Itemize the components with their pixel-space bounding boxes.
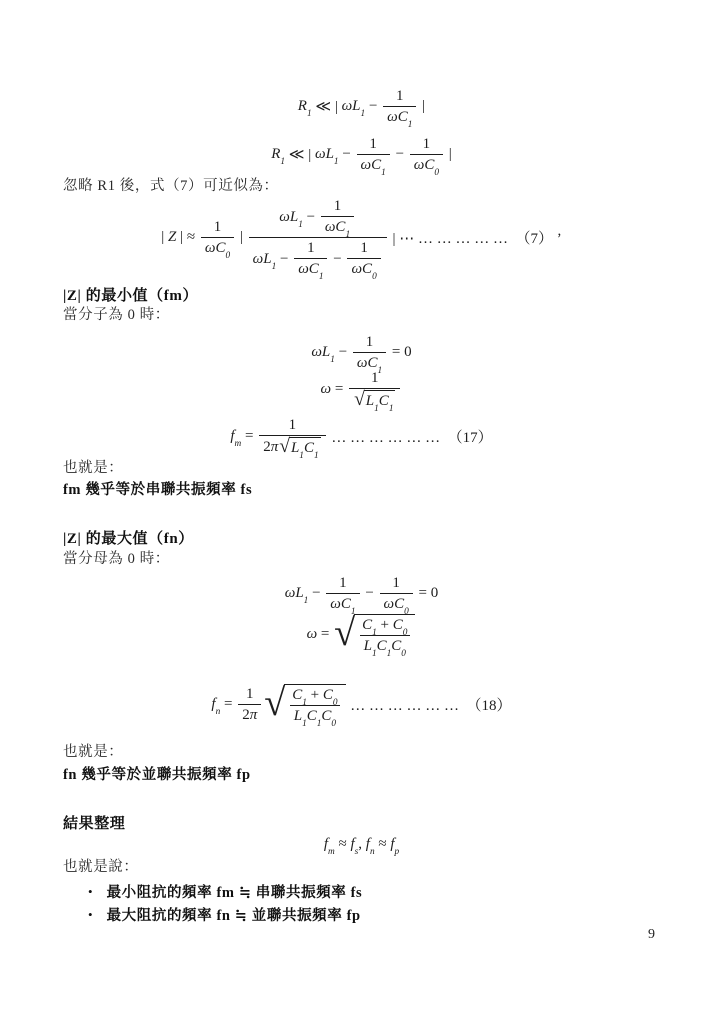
equation-17-fm: fm = 12π√L1C1 … … … … … … （17） xyxy=(63,416,660,457)
radical-sign: √ xyxy=(264,685,285,721)
equation-18-fn: fn = 12π√C1 + C0L1C1C0 … … … … … … （18） xyxy=(63,684,660,725)
paragraph-numerator-zero: 當分子為 0 時： xyxy=(63,306,170,324)
bullet-item-fm-fs: • 最小阻抗的頻率 fm ≒ 串聯共振頻率 fs xyxy=(88,881,362,902)
radical-sign: √ xyxy=(334,615,355,651)
equation-denominator-zero: ωL1 − 1ωC1 − 1ωC0 = 0 xyxy=(63,574,660,613)
statement-fm-equals-fs: fm 幾乎等於串聯共振頻率 fs xyxy=(63,481,252,499)
equation-summary-fm-fs-fn-fp: fm ≈ fs, fn ≈ fp xyxy=(63,836,660,853)
bullet-text-fn-fp: 最大阻抗的頻率 fn ≒ 並聯共振頻率 fp xyxy=(107,904,361,925)
paragraph-denominator-zero: 當分母為 0 時： xyxy=(63,550,170,568)
document-page: R1 ≪ | ωL1 − 1ωC1 | R1 ≪ | ωL1 − 1ωC1 − … xyxy=(0,0,724,1024)
equation-omega-parallel: ω = √C1 + C0L1C1C0 xyxy=(63,614,660,655)
statement-fn-equals-fp: fn 幾乎等於並聯共振頻率 fp xyxy=(63,766,251,784)
equation-numerator-zero: ωL1 − 1ωC1 = 0 xyxy=(63,333,660,372)
heading-result-summary: 結果整理 xyxy=(63,812,125,833)
page-number: 9 xyxy=(648,927,655,943)
bullet-text-fm-fs: 最小阻抗的頻率 fm ≒ 串聯共振頻率 fs xyxy=(107,881,363,902)
paragraph-that-is-2: 也就是： xyxy=(63,743,123,761)
equation-r1-condition-1: R1 ≪ | ωL1 − 1ωC1 | xyxy=(63,87,660,126)
equation-r1-condition-2: R1 ≪ | ωL1 − 1ωC1 − 1ωC0 | xyxy=(63,135,660,174)
paragraph-approximation-intro: 忽略 R1 後，式（7）可近似為： xyxy=(63,177,279,195)
bullet-icon: • xyxy=(88,907,93,923)
bullet-item-fn-fp: • 最大阻抗的頻率 fn ≒ 並聯共振頻率 fp xyxy=(88,904,361,925)
equation-omega-series: ω = 1√L1C1 xyxy=(63,369,660,410)
heading-z-minimum-fm: |Z| 的最小值（fm） xyxy=(63,284,198,305)
paragraph-that-is-1: 也就是： xyxy=(63,459,123,477)
bullet-icon: • xyxy=(88,884,93,900)
paragraph-in-other-words: 也就是說： xyxy=(63,858,139,876)
heading-z-maximum-fn: |Z| 的最大值（fn） xyxy=(63,527,194,548)
equation-7-impedance-approx: | Z | ≈ 1ωC0 | ωL1 − 1ωC1ωL1 − 1ωC1 − 1ω… xyxy=(63,197,660,278)
